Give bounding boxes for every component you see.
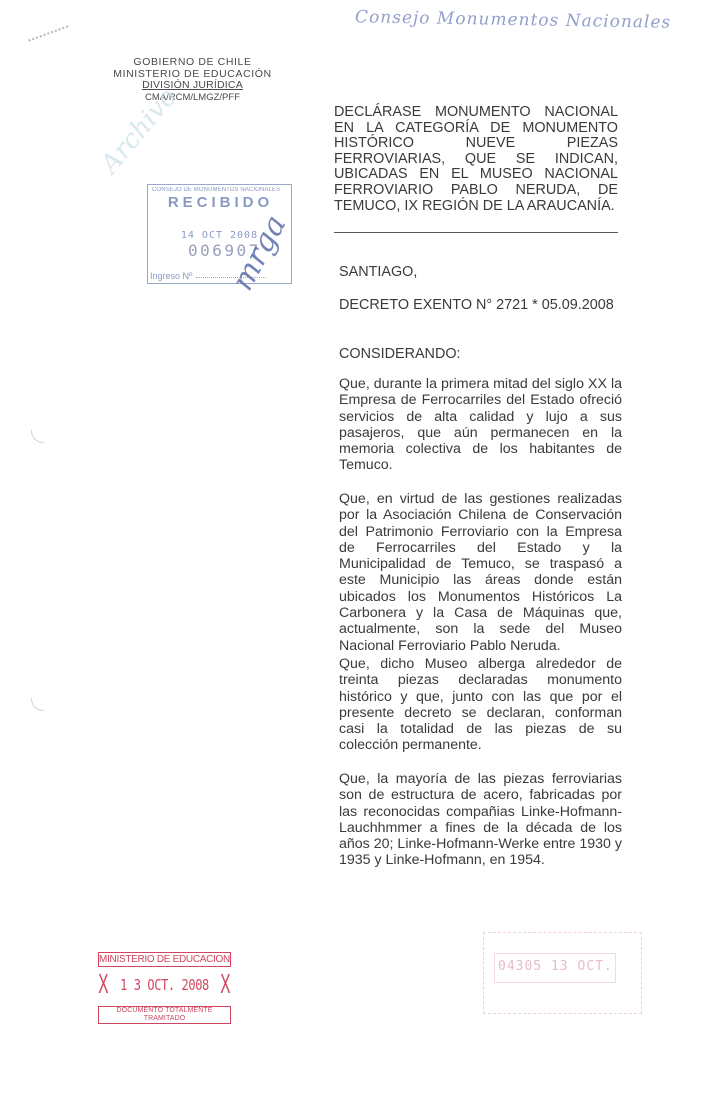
- paragraph: Que, dicho Museo alberga alrededor de tr…: [339, 656, 622, 754]
- city-line: SANTIAGO,: [339, 264, 417, 280]
- punch-hole: [31, 698, 44, 711]
- ministry-stamp-x-mark: X: [98, 969, 108, 999]
- paragraph: Que, la mayoría de las piezas ferroviari…: [339, 771, 622, 869]
- handwritten-note: Consejo Monumentos Nacionales: [355, 7, 672, 33]
- ministry-stamp-footer-line1: DOCUMENTO TOTALMENTE: [99, 1007, 230, 1015]
- decree-number: DECRETO EXENTO N° 2721 * 05.09.2008: [339, 297, 614, 313]
- paragraph: Que, en virtud de las gestiones realizad…: [339, 491, 622, 654]
- received-stamp-ingreso-label: Ingreso Nº: [150, 271, 192, 281]
- ministry-stamp-date: 1 3 OCT. 2008: [111, 976, 217, 994]
- ministry-stamp-x-mark: X: [221, 969, 231, 999]
- title-divider: [334, 232, 618, 233]
- letterhead-government: GOBIERNO DE CHILE: [95, 57, 290, 69]
- received-stamp-organization: CONSEJO DE MONUMENTOS NACIONALES: [152, 187, 289, 193]
- ministry-stamp-header: MINISTERIO DE EDUCACION: [98, 952, 231, 967]
- ministry-stamp: MINISTERIO DE EDUCACION X 1 3 OCT. 2008 …: [98, 952, 231, 1024]
- received-stamp-label: RECIBIDO: [154, 194, 287, 211]
- letterhead-reference: CMA/RCM/LMGZ/PFF: [95, 92, 290, 104]
- considerando-heading: CONSIDERANDO:: [339, 346, 461, 362]
- paragraph: Que, durante la primera mitad del siglo …: [339, 376, 622, 474]
- punch-hole: [31, 430, 44, 443]
- letterhead: GOBIERNO DE CHILE MINISTERIO DE EDUCACIÓ…: [95, 57, 290, 103]
- faint-stamp: 04305 13 OCT.: [483, 932, 642, 1014]
- decree-title: DECLÁRASE MONUMENTO NACIONAL EN LA CATEG…: [334, 105, 618, 214]
- ministry-stamp-footer-line2: TRAMITADO: [99, 1015, 230, 1023]
- pen-mark: [28, 25, 74, 56]
- letterhead-division: DIVISIÓN JURÍDICA: [95, 80, 290, 92]
- ministry-stamp-footer: DOCUMENTO TOTALMENTE TRAMITADO: [98, 1006, 231, 1024]
- faint-stamp-values: 04305 13 OCT.: [498, 959, 613, 974]
